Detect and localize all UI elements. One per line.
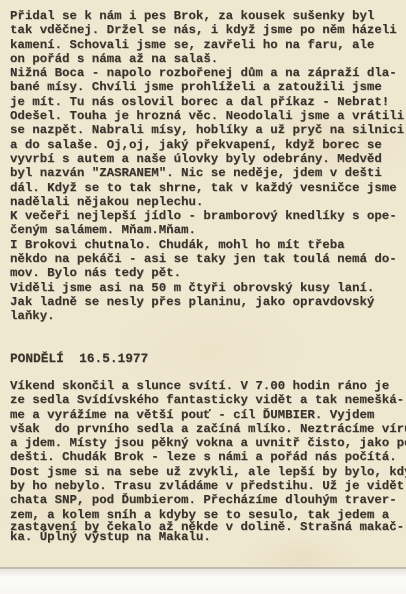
text-line: me a vyrážíme na větší pouť - cíl ĎUMBIE… (10, 408, 406, 422)
text-line: někdo na pekáči - asi se taky jen tak to… (10, 252, 406, 266)
text-line: a do salaše. Oj,oj, jaký překvapení, kdy… (10, 138, 406, 152)
text-line: dešti. Chudák Brok - leze s námi a pořád… (10, 450, 406, 464)
text-line: byl nazván "ZASRANEM". Nic se neděje, jd… (10, 166, 406, 180)
text-line: by ho nebylo. Trasu zvládáme v předstihu… (10, 479, 406, 493)
text-line: nadělali nějakou neplechu. (10, 195, 406, 209)
text-line: Víkend skončil a slunce svítí. V 7.00 ho… (10, 379, 406, 393)
diary-paragraph-1: Přidal se k nám i pes Brok, za kousek su… (10, 9, 406, 324)
text-line: bané mísy. Chvíli jsme prohlíželi a zato… (10, 80, 406, 94)
text-line: Dost jsme si na sebe už zvykli, ale lepš… (10, 465, 406, 479)
paper-sheet: Přidal se k nám i pes Brok, za kousek su… (0, 0, 406, 569)
text-line: a jdem. Místy jsou pěkný vokna a uvnitř … (10, 436, 406, 450)
scanned-diary-page: Přidal se k nám i pes Brok, za kousek su… (0, 0, 406, 594)
text-line: je mít. Tu nás oslovil borec a dal příka… (10, 95, 406, 109)
text-line: Jak ladně se nesly přes planinu, jako op… (10, 295, 406, 309)
text-line: Přidal se k nám i pes Brok, za kousek su… (10, 9, 406, 23)
text-line: kamení. Schovali jsme se, zavřeli ho na … (10, 38, 406, 52)
text-line: K večeři nejlepší jídlo - bramborový kne… (10, 209, 406, 223)
text-line: vyvrbí s autem a naše úlovky byly odebrá… (10, 152, 406, 166)
text-line: ze sedla Svídívského fantasticky vidět a… (10, 393, 406, 407)
text-line: dál. Když se to tak shrne, tak v každý v… (10, 181, 406, 195)
text-line: Viděli jsme asi na 50 m čtyři obrovský k… (10, 281, 406, 295)
text-line: Nižná Boca - napolo rozbořenej dům a na … (10, 66, 406, 80)
scan-background (0, 569, 406, 594)
text-line: chata SNP, pod Ďumbierom. Přecházíme dlo… (10, 493, 406, 507)
text-line: však do prvního sedla a začíná mlíko. Ne… (10, 422, 406, 436)
text-line: on pořád s náma až na salaš. (10, 52, 406, 66)
text-line: I Brokovi chutnalo. Chudák, mohl ho mít … (10, 238, 406, 252)
text-line: se nazpět. Nabrali mísy, hoblíky a už pr… (10, 123, 406, 137)
diary-paragraph-2: Víkend skončil a slunce svítí. V 7.00 ho… (10, 379, 406, 545)
text-line: tak vděčnej. Držel se nás, i když jsme p… (10, 23, 406, 37)
text-line: Odešel. Touha je hrozná věc. Neodolali j… (10, 109, 406, 123)
date-heading: PONDĚLÍ 16.5.1977 (10, 351, 148, 366)
text-line: mov. Bylo nás tedy pět. (10, 266, 406, 280)
text-line: laňky. (10, 309, 406, 323)
text-line: čeným salámem. Mňam.Mňam. (10, 223, 406, 237)
